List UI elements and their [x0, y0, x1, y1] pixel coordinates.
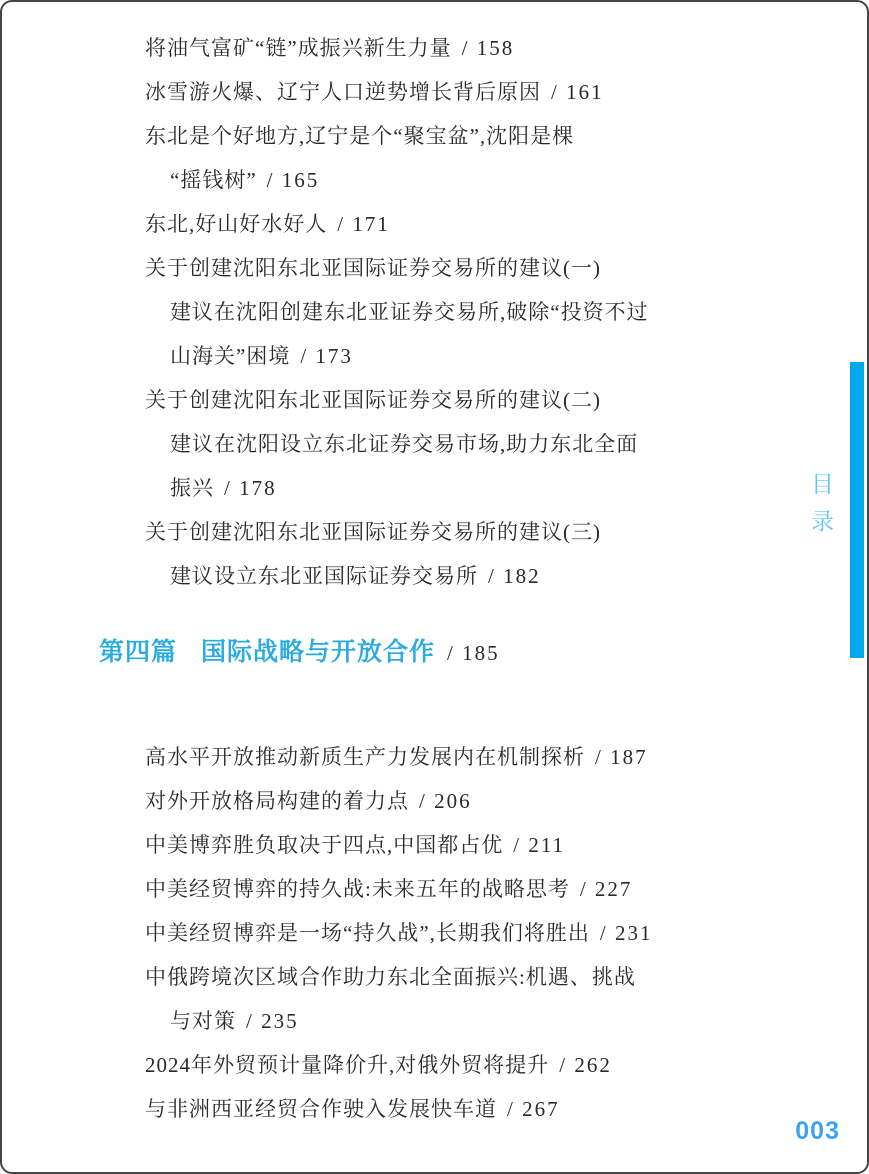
toc-content: 将油气富矿“链”成振兴新生力量/ 158冰雪游火爆、辽宁人口逆势增长背后原因/ …: [145, 26, 785, 1131]
toc-page: 将油气富矿“链”成振兴新生力量/ 158冰雪游火爆、辽宁人口逆势增长背后原因/ …: [0, 0, 869, 1174]
toc-entry-text: 关于创建沈阳东北亚国际证券交易所的建议(三): [145, 520, 601, 544]
toc-entry-page-ref: / 173: [300, 344, 353, 368]
toc-entry-text: 建议在沈阳创建东北亚证券交易所,破除“投资不过: [170, 300, 649, 324]
toc-entry-text: “摇钱树”: [170, 168, 257, 192]
toc-entry-text: 东北是个好地方,辽宁是个“聚宝盆”,沈阳是棵: [145, 124, 574, 148]
toc-entry-page-ref: / 158: [462, 36, 515, 60]
toc-entry-page-ref: / 161: [551, 80, 604, 104]
toc-entry-page-ref: / 227: [580, 877, 633, 901]
toc-list-top: 将油气富矿“链”成振兴新生力量/ 158冰雪游火爆、辽宁人口逆势增长背后原因/ …: [145, 26, 785, 598]
toc-entry-text: 关于创建沈阳东北亚国际证券交易所的建议(一): [145, 256, 601, 280]
toc-entry-page-ref: / 206: [419, 789, 472, 813]
toc-entry: 中俄跨境次区域合作助力东北全面振兴:机遇、挑战: [145, 955, 785, 999]
toc-entry: 与非洲西亚经贸合作驶入发展快车道/ 267: [145, 1087, 785, 1131]
toc-entry-text: 与对策: [170, 1009, 236, 1033]
toc-entry-text: 将油气富矿“链”成振兴新生力量: [145, 36, 452, 60]
toc-entry: 振兴/ 178: [145, 466, 785, 510]
toc-entry: 中美经贸博弈是一场“持久战”,长期我们将胜出/ 231: [145, 911, 785, 955]
toc-entry-page-ref: / 182: [488, 564, 541, 588]
section-part-label: 第四篇: [99, 638, 177, 666]
section-heading: 第四篇国际战略与开放合作/ 185: [99, 628, 785, 677]
toc-entry-page-ref: / 171: [337, 212, 390, 236]
toc-entry-text: 冰雪游火爆、辽宁人口逆势增长背后原因: [145, 80, 541, 104]
toc-entry-page-ref: / 211: [513, 833, 565, 857]
toc-entry: 2024年外贸预计量降价升,对俄外贸将提升/ 262: [145, 1043, 785, 1087]
toc-entry: 中美博弈胜负取决于四点,中国都占优/ 211: [145, 823, 785, 867]
toc-entry-text: 2024年外贸预计量降价升,对俄外贸将提升: [145, 1053, 549, 1077]
toc-entry-text: 与非洲西亚经贸合作驶入发展快车道: [145, 1097, 497, 1121]
toc-entry: “摇钱树”/ 165: [145, 158, 785, 202]
toc-entry: 冰雪游火爆、辽宁人口逆势增长背后原因/ 161: [145, 70, 785, 114]
toc-entry: 关于创建沈阳东北亚国际证券交易所的建议(二): [145, 378, 785, 422]
toc-entry-page-ref: / 231: [600, 921, 653, 945]
toc-entry: 建议在沈阳创建东北亚证券交易所,破除“投资不过: [145, 290, 785, 334]
toc-entry: 中美经贸博弈的持久战:未来五年的战略思考/ 227: [145, 867, 785, 911]
toc-entry: 高水平开放推动新质生产力发展内在机制探析/ 187: [145, 735, 785, 779]
toc-entry: 山海关”困境/ 173: [145, 334, 785, 378]
section-title: 国际战略与开放合作: [201, 638, 435, 666]
toc-entry: 关于创建沈阳东北亚国际证券交易所的建议(一): [145, 246, 785, 290]
toc-entry-text: 山海关”困境: [170, 344, 290, 368]
toc-entry-page-ref: / 267: [507, 1097, 560, 1121]
toc-entry-text: 振兴: [170, 476, 214, 500]
toc-entry: 建议设立东北亚国际证券交易所/ 182: [145, 554, 785, 598]
sidebar-vertical-label: 目录: [805, 472, 838, 546]
toc-entry-page-ref: / 187: [595, 745, 648, 769]
section-page-ref: / 185: [447, 641, 500, 665]
accent-bar: [850, 362, 864, 658]
toc-entry: 关于创建沈阳东北亚国际证券交易所的建议(三): [145, 510, 785, 554]
toc-entry-page-ref: / 165: [267, 168, 320, 192]
toc-entry-text: 高水平开放推动新质生产力发展内在机制探析: [145, 745, 585, 769]
toc-entry: 东北是个好地方,辽宁是个“聚宝盆”,沈阳是棵: [145, 114, 785, 158]
toc-entry-text: 中美经贸博弈是一场“持久战”,长期我们将胜出: [145, 921, 590, 945]
toc-entry-page-ref: / 235: [246, 1009, 299, 1033]
toc-entry-page-ref: / 262: [559, 1053, 612, 1077]
page-number: 003: [795, 1117, 840, 1146]
toc-entry: 东北,好山好水好人/ 171: [145, 202, 785, 246]
toc-entry-text: 建议在沈阳设立东北证券交易市场,助力东北全面: [170, 432, 638, 456]
toc-entry-text: 中美经贸博弈的持久战:未来五年的战略思考: [145, 877, 570, 901]
toc-entry: 建议在沈阳设立东北证券交易市场,助力东北全面: [145, 422, 785, 466]
toc-entry-text: 中俄跨境次区域合作助力东北全面振兴:机遇、挑战: [145, 965, 636, 989]
toc-entry: 与对策/ 235: [145, 999, 785, 1043]
toc-entry: 对外开放格局构建的着力点/ 206: [145, 779, 785, 823]
toc-entry-text: 中美博弈胜负取决于四点,中国都占优: [145, 833, 503, 857]
toc-entry: 将油气富矿“链”成振兴新生力量/ 158: [145, 26, 785, 70]
toc-entry-page-ref: / 178: [224, 476, 277, 500]
toc-entry-text: 建议设立东北亚国际证券交易所: [170, 564, 478, 588]
toc-entry-text: 关于创建沈阳东北亚国际证券交易所的建议(二): [145, 388, 601, 412]
toc-list-bottom: 高水平开放推动新质生产力发展内在机制探析/ 187对外开放格局构建的着力点/ 2…: [145, 735, 785, 1131]
toc-entry-text: 对外开放格局构建的着力点: [145, 789, 409, 813]
toc-entry-text: 东北,好山好水好人: [145, 212, 327, 236]
